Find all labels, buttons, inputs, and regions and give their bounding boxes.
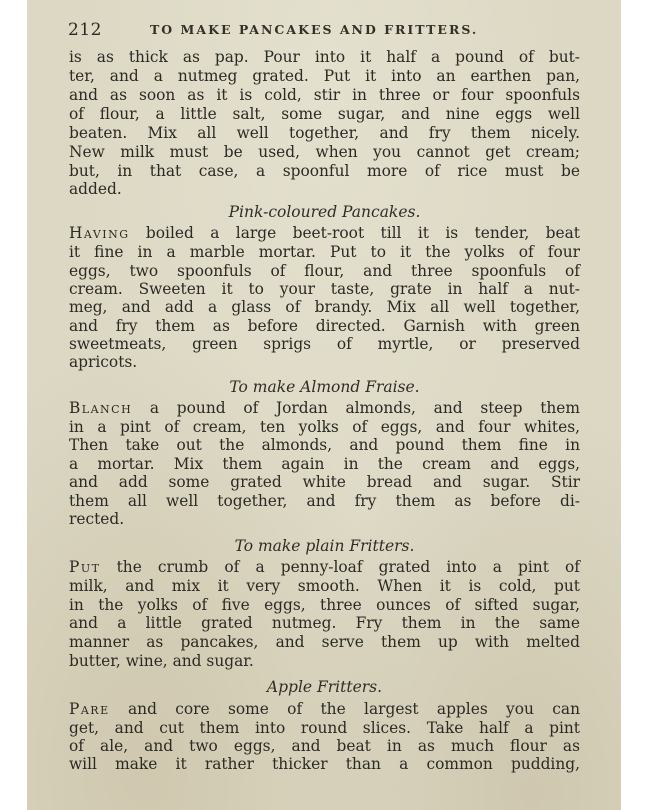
text-line: manner as pancakes, and serve them up wi… — [69, 633, 580, 652]
text-line: milk, and mix it very smooth. When it is… — [69, 577, 580, 596]
text-line: cream. Sweeten it to your taste, grate i… — [69, 280, 580, 299]
drop-word: Having — [69, 224, 130, 242]
text-line: in a pint of cream, ten yolks of eggs, a… — [69, 418, 580, 437]
text-line: eggs, two spoonfuls of flour, and three … — [69, 262, 580, 281]
recipe-title: To make Almond Fraise. — [69, 377, 580, 397]
text-line: is as thick as pap. Pour into it half a … — [69, 48, 580, 67]
text-line: it fine in a marble mortar. Put to it th… — [69, 243, 580, 262]
running-head: 212 TO MAKE PANCAKES AND FRITTERS. — [68, 20, 588, 40]
text-line: get, and cut them into round slices. Tak… — [69, 719, 580, 738]
text-line: butter, wine, and sugar. — [69, 652, 580, 671]
text-line: meg, and add a glass of brandy. Mix all … — [69, 298, 580, 317]
text-line: of flour, a little salt, some sugar, and… — [69, 105, 580, 124]
drop-word: Put — [69, 558, 100, 576]
text-line: ter, and a nutmeg grated. Put it into an… — [69, 67, 580, 86]
text-line: a mortar. Mix them again in the cream an… — [69, 455, 580, 474]
text-line: beaten. Mix all well together, and fry t… — [69, 124, 580, 143]
text-line: and a little grated nutmeg. Fry them in … — [69, 614, 580, 633]
text-line: Pare and core some of the largest apples… — [69, 700, 580, 719]
text-line: apricots. — [69, 353, 580, 372]
text-line: and add some grated white bread and suga… — [69, 473, 580, 492]
text-line: sweetmeats, green sprigs of myrtle, or p… — [69, 335, 580, 354]
text-line: them all well together, and fry them as … — [69, 492, 580, 511]
recipe-title: Pink-coloured Pancakes. — [69, 202, 580, 222]
text-line: rected. — [69, 510, 580, 529]
running-title: TO MAKE PANCAKES AND FRITTERS. — [150, 22, 478, 37]
recipe-title: Apple Fritters. — [69, 677, 580, 697]
text-line: New milk must be used, when you cannot g… — [69, 143, 580, 162]
book-page: 212 TO MAKE PANCAKES AND FRITTERS. is as… — [27, 0, 621, 810]
text-line: in the yolks of five eggs, three ounces … — [69, 596, 580, 615]
text-line: will make it rather thicker than a commo… — [69, 755, 580, 774]
drop-word: Pare — [69, 700, 110, 718]
text-line: Then take out the almonds, and pound the… — [69, 436, 580, 455]
text-line: and as soon as it is cold, stir in three… — [69, 86, 580, 105]
drop-word: Blanch — [69, 399, 132, 417]
page-number: 212 — [68, 20, 102, 40]
recipe-title: To make plain Fritters. — [69, 536, 580, 556]
text-line: Put the crumb of a penny-loaf grated int… — [69, 558, 580, 577]
text-line: Blanch a pound of Jordan almonds, and st… — [69, 399, 580, 418]
text-line: added. — [69, 180, 580, 199]
text-line: and fry them as before directed. Garnish… — [69, 317, 580, 336]
text-line: but, in that case, a spoonful more of ri… — [69, 162, 580, 181]
text-line: Having boiled a large beet-root till it … — [69, 224, 580, 243]
text-line: of ale, and two eggs, and beat in as muc… — [69, 737, 580, 756]
